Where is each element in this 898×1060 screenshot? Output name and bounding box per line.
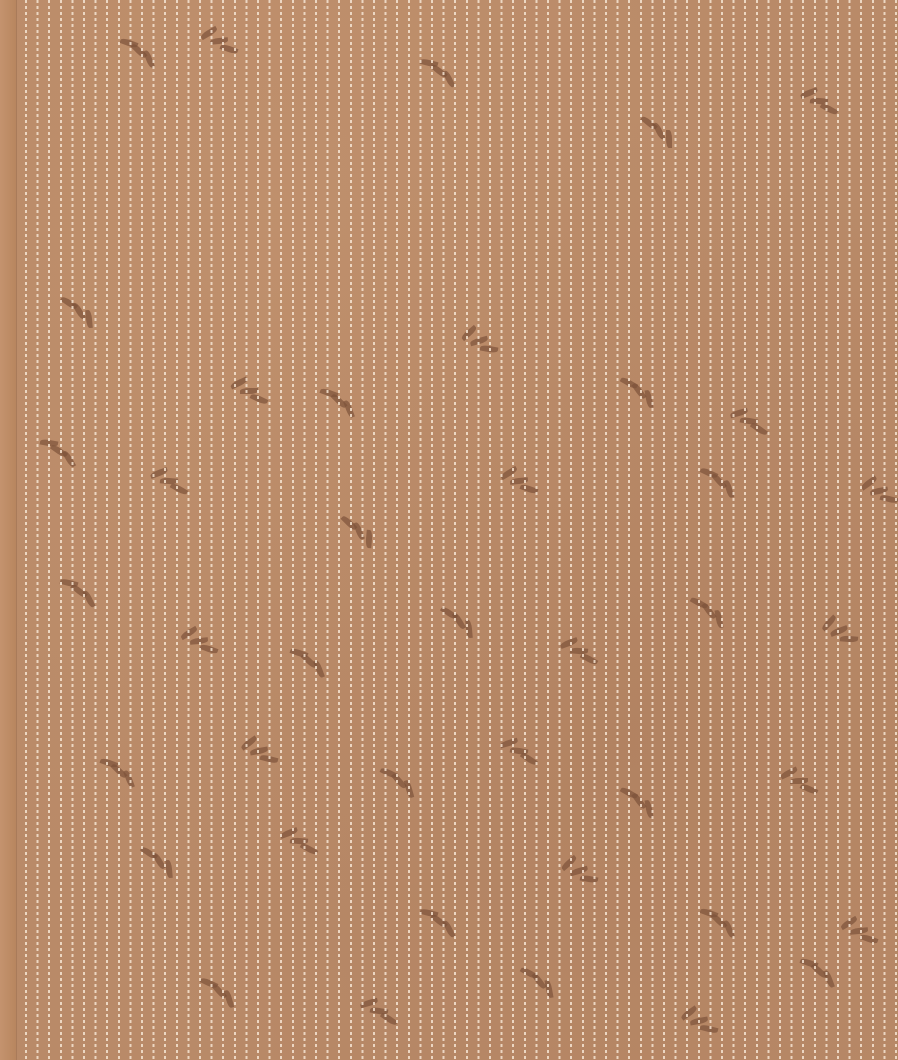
dashed-stripes (16, 0, 898, 1060)
fabric-texture: Close-up of tan/peach fabric with vertic… (0, 0, 898, 1060)
